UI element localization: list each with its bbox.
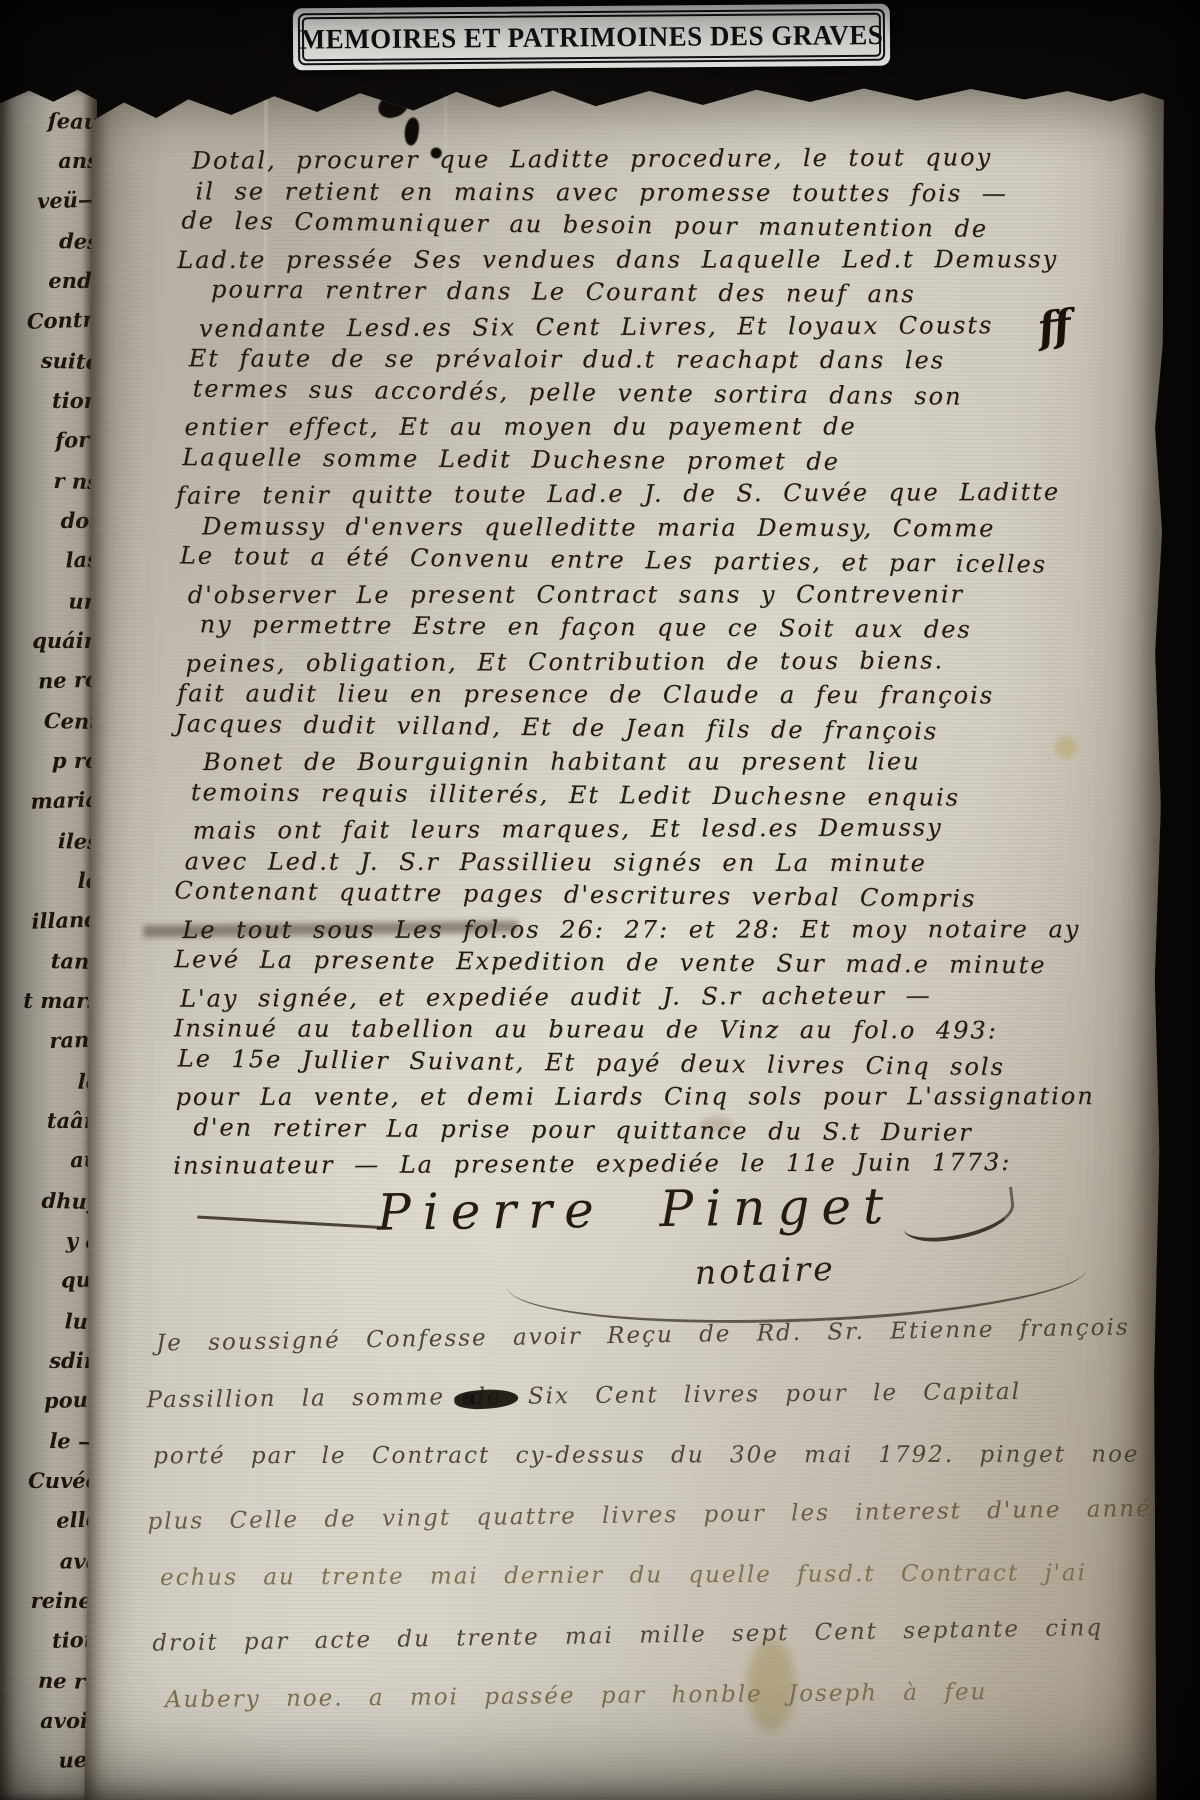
manuscript-line: entier effect, Et au moyen du payement d… (184, 410, 1158, 444)
strip-text-fragment: ave (0, 1541, 97, 1584)
strip-text-fragment: aù (0, 1140, 97, 1184)
manuscript-line: ny permettre Estre en façon que ce Soit … (200, 608, 1158, 648)
manuscript-line: fait audit lieu en presence de Claude a … (177, 677, 1157, 713)
strip-text-fragment: rant (0, 1020, 97, 1064)
manuscript-line: d'observer Le present Contract sans y Co… (188, 578, 1158, 612)
manuscript-line: Dotal, procurer que Laditte procedure, l… (192, 140, 1160, 178)
manuscript-line: peines, obligation, Et Contribution de t… (185, 643, 1157, 681)
strip-text-fragment: lé (0, 1061, 97, 1104)
manuscript-line: Le tout sous Les fol.os 26: 27: et 28: E… (182, 913, 1156, 947)
strip-text-fragment: des (0, 221, 97, 264)
strip-text-fragment: Contr. (0, 300, 97, 344)
manuscript-line: Bonet de Bourguignin habitant au present… (203, 745, 1157, 779)
notary-title: notaire (694, 1249, 836, 1292)
manuscript-line: Jacques dudit villand, Et de Jean fils d… (175, 707, 1157, 751)
header-plaque: MEMOIRES ET PATRIMOINES DES GRAVES (293, 4, 890, 71)
strip-text-fragment: le — (0, 1421, 97, 1464)
manuscript-line: Insinué au tabellion au bureau de Vinz a… (174, 1012, 1156, 1048)
strip-text-fragment: Cuvée (0, 1462, 97, 1502)
strip-text-fragment: le (0, 862, 97, 902)
strip-text-fragment: suite (0, 341, 97, 384)
receipt-line: echus au trente mai dernier du quelle fu… (160, 1558, 1148, 1623)
receipt-line: plus Celle de vingt quattre livres pour … (147, 1494, 1148, 1567)
strip-text-fragment: t mars (0, 982, 97, 1022)
manuscript-line: faire tenir quitte toute Lad.e J. de S. … (176, 475, 1158, 513)
strip-text-fragment: ne ro (0, 660, 97, 704)
strip-text-fragment: ans (0, 142, 97, 182)
manuscript-line: L'ay signée, et expediée audit J. S.r ac… (180, 978, 1156, 1016)
manuscript-line: mais ont fait leurs marques, Et lesd.es … (193, 810, 1157, 848)
strip-text-fragment: reine. (0, 1582, 97, 1622)
strip-text-fragment: pour (0, 1380, 97, 1424)
strip-text-fragment: dot (0, 502, 97, 542)
strip-text-fragment: ne ro (0, 1661, 97, 1704)
strip-text-fragment: sdin (0, 1342, 97, 1382)
manuscript-line: Le 15e Jullier Suivant, Et payé deux liv… (178, 1042, 1156, 1086)
strip-text-fragment: iles (0, 821, 97, 864)
manuscript-line: vendante Lesd.es Six Cent Livres, Et loy… (199, 308, 1159, 346)
strip-text-fragment: un (0, 581, 97, 624)
plaque-inner-frame: MEMOIRES ET PATRIMOINES DES GRAVES (302, 13, 881, 62)
manuscript-line: de les Communiquer au besoin pour manute… (181, 204, 1159, 248)
notary-signature: Pierre Pinget (377, 1177, 896, 1242)
strip-text-fragment: tant (0, 941, 97, 984)
manuscript-line: Et faute de se prévaloir dud.t reachapt … (189, 342, 1159, 378)
manuscript-line: insinuateur — La presente expediée le 11… (173, 1145, 1155, 1183)
receipt-line: porté par le Contract cy-dessus du 30e m… (153, 1440, 1147, 1502)
manuscript-line: pourra rentrer dans Le Courant des neuf … (211, 273, 1159, 313)
manuscript-line: Levé La presente Expedition de vente Sur… (174, 943, 1156, 983)
strip-text-fragment: avoir (0, 1702, 97, 1742)
manuscript-line: Le tout a été Convenu entre Les parties,… (180, 539, 1158, 583)
strip-text-fragment: elle (0, 1500, 97, 1544)
strip-text-fragment: tion (0, 1620, 97, 1664)
manuscript-line: pour La vente, et demi Liards Cinq sols … (176, 1080, 1156, 1114)
manuscript-line: Contenant quattre pages d'escritures ver… (174, 874, 1156, 918)
strip-text-fragment: maria (0, 780, 97, 824)
strip-text-fragment: qui (0, 1260, 97, 1304)
receipt-line: Passillion la somme de Six Cent livres p… (146, 1376, 1147, 1446)
strip-text-fragment: quáin (0, 622, 97, 662)
strip-text-fragment: ues (0, 1740, 97, 1784)
receipt-line: Aubery noe. a moi passée par honble Jose… (165, 1676, 1150, 1745)
manuscript-line: d'en retirer La prise pour quittance du … (193, 1111, 1155, 1151)
strip-text-fragment: tion (0, 382, 97, 422)
plaque-outer-frame: MEMOIRES ET PATRIMOINES DES GRAVES (298, 9, 885, 66)
strip-text-fragment: ſeau (0, 101, 97, 144)
strip-text-fragment: taân (0, 1102, 97, 1142)
strip-text-fragment: las (0, 540, 97, 584)
left-page-strip: ſeauansveü—desend.Contr.suitetionfortr n… (0, 88, 97, 1800)
plaque-title: MEMOIRES ET PATRIMOINES DES GRAVES (300, 19, 884, 56)
manuscript-line: termes sus accordés, pelle vente sortira… (192, 372, 1158, 416)
strip-text-fragment: veü— (0, 180, 97, 224)
manuscript-line: Lad.te pressée Ses vendues dans Laquelle… (177, 243, 1159, 277)
strip-text-fragment: p ro (0, 742, 97, 782)
manuscript-line: temoins requis illiterés, Et Ledit Duche… (191, 776, 1157, 816)
notarial-act-text: Dotal, procurer que Laditte procedure, l… (173, 140, 1160, 1183)
strip-text-fragment: dhuy (0, 1181, 97, 1224)
strip-text-fragment: lur (0, 1301, 97, 1344)
manuscript-page: Dotal, procurer que Laditte procedure, l… (84, 80, 1163, 1800)
strip-text-fragment: fort (0, 420, 97, 464)
strip-text-fragment: y à (0, 1222, 97, 1262)
manuscript-line: Laquelle somme Ledit Duchesne promet de (182, 441, 1158, 481)
strip-text-fragment: Cent (0, 701, 97, 744)
margin-mark: ff (1035, 300, 1071, 353)
strip-text-fragment: illand (0, 900, 97, 944)
strip-text-fragment: r ns (0, 461, 97, 504)
strip-text-fragment: end. (0, 262, 97, 302)
receipt-note-text: Je soussigné Confesse avoir Reçu de Rd. … (146, 1317, 1149, 1745)
